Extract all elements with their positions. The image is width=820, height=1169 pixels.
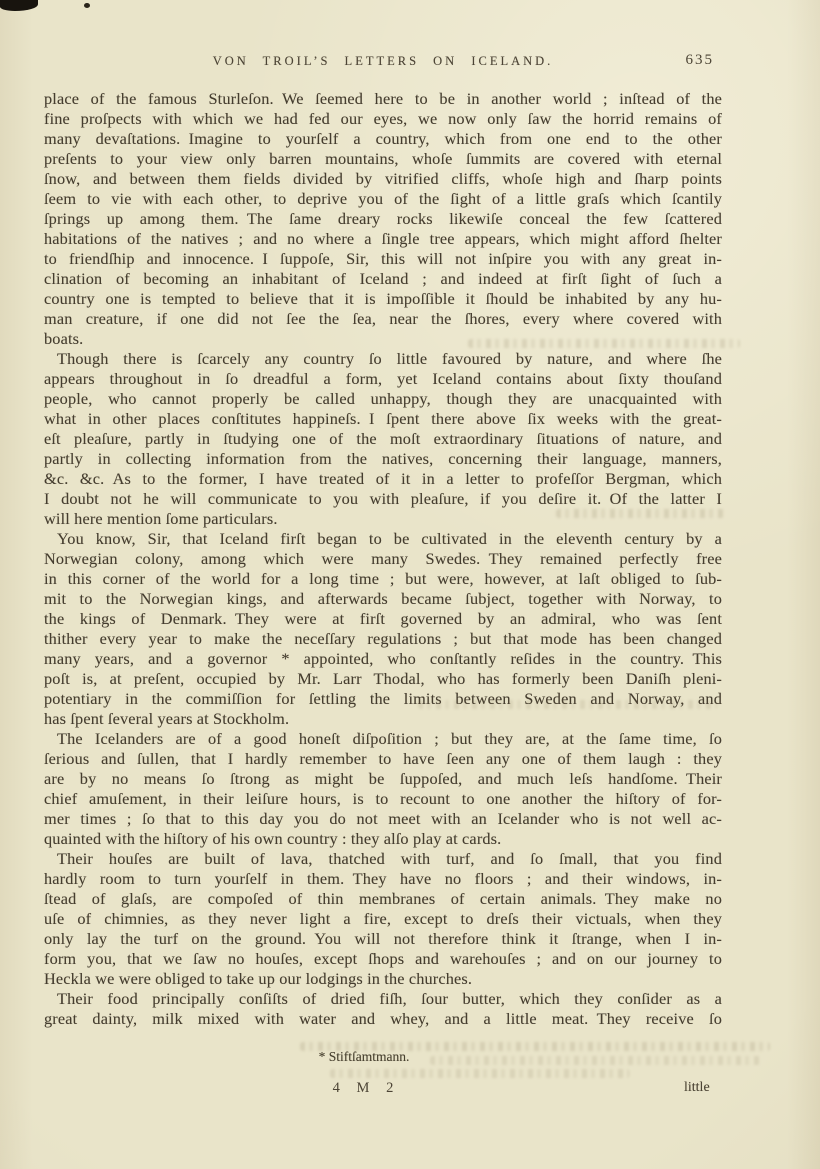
text-line: ſeem to vie with each other, to deprive …: [44, 189, 722, 209]
text-line: ſerious and ſullen, that I hardly rememb…: [44, 749, 722, 769]
text-line: people, who cannot properly be called un…: [44, 389, 722, 409]
text-line: has ſpent ſeveral years at Stockholm.: [44, 709, 722, 729]
footnote-marker: *: [319, 1049, 326, 1064]
text-line: eſt pleaſure, partly in ſtudying one of …: [44, 429, 722, 449]
text-line: Their food principally conſiſts of dried…: [44, 989, 722, 1009]
text-line: &c. &c. As to the former, I have treated…: [44, 469, 722, 489]
text-line: mer times ; ſo that to this day you do n…: [44, 809, 722, 829]
text-line: I doubt not he will communicate to you w…: [44, 489, 722, 509]
text-line: preſents to your view only barren mounta…: [44, 149, 722, 169]
text-line: You know, Sir, that Iceland firſt began …: [44, 529, 722, 549]
text-line: thither every year to make the neceſſary…: [44, 629, 722, 649]
text-line: only lay the turf on the ground. You wil…: [44, 929, 722, 949]
page-number: 635: [686, 52, 715, 69]
text-line: partly in collecting information from th…: [44, 449, 722, 469]
text-line: The Icelanders are of a good honeſt diſp…: [44, 729, 722, 749]
text-line: man creature, if one did not ſee the ſea…: [44, 309, 722, 329]
signature-mark: 4 M 2: [44, 1080, 684, 1097]
text-line: form you, that we ſaw no houſes, except …: [44, 949, 722, 969]
body-text: place of the famous Sturleſon. We ſeemed…: [44, 89, 722, 1029]
text-line: many devaſtations. Imagine to yourſelf a…: [44, 129, 722, 149]
text-line: great dainty, milk mixed with water and …: [44, 1009, 722, 1029]
text-line: the kings of Denmark. They were at firſt…: [44, 609, 722, 629]
text-line: hardly room to turn yourſelf in them. Th…: [44, 869, 722, 889]
scan-artifact-ink-blot: [0, 0, 38, 11]
show-through-ghost: [418, 700, 718, 709]
text-line: ſprings up among them. The ſame dreary r…: [44, 209, 722, 229]
footnote: * Stiftſamtmann.: [44, 1049, 684, 1065]
running-title: VON TROIL’S LETTERS ON ICELAND.: [44, 54, 722, 69]
text-line: Heckla we were obliged to take up our lo…: [44, 969, 722, 989]
text-line: habitations of the natives ; and no wher…: [44, 229, 722, 249]
text-line: ſnow, and between them fields divided by…: [44, 169, 722, 189]
text-line: mit to the Norwegian kings, and afterwar…: [44, 589, 722, 609]
text-line: to friendſhip and innocence. I ſuppoſe, …: [44, 249, 722, 269]
text-line: ſtead of glaſs, are compoſed of thin mem…: [44, 889, 722, 909]
show-through-ghost: [330, 1069, 630, 1078]
text-line: country one is tempted to believe that i…: [44, 289, 722, 309]
book-page: VON TROIL’S LETTERS ON ICELAND. 635 plac…: [0, 0, 820, 1169]
footnote-text: Stiftſamtmann.: [329, 1049, 410, 1064]
show-through-ghost: [556, 509, 724, 518]
text-line: fine proſpects with which we had fed our…: [44, 109, 722, 129]
show-through-ghost: [468, 339, 740, 348]
text-line: are by no means ſo ſtrong as might be ſu…: [44, 769, 722, 789]
text-line: poſt is, at preſent, occupied by Mr. Lar…: [44, 669, 722, 689]
text-line: in this corner of the world for a long t…: [44, 569, 722, 589]
catchword: little: [684, 1080, 710, 1096]
text-line: what in other places conſtitutes happine…: [44, 409, 722, 429]
text-line: quainted with the hiſtory of his own cou…: [44, 829, 722, 849]
text-line: place of the famous Sturleſon. We ſeemed…: [44, 89, 722, 109]
text-line: Their houſes are built of lava, thatched…: [44, 849, 722, 869]
text-line: Though there is ſcarcely any country ſo …: [44, 349, 722, 369]
text-line: many years, and a governor * appointed, …: [44, 649, 722, 669]
text-line: uſe of chimnies, as they never light a f…: [44, 909, 722, 929]
text-line: Norwegian colony, among which were many …: [44, 549, 722, 569]
text-line: chief amuſement, in their leiſure hours,…: [44, 789, 722, 809]
text-line: clination of becoming an inhabitant of I…: [44, 269, 722, 289]
text-line: appears throughout in ſo dreadful a form…: [44, 369, 722, 389]
